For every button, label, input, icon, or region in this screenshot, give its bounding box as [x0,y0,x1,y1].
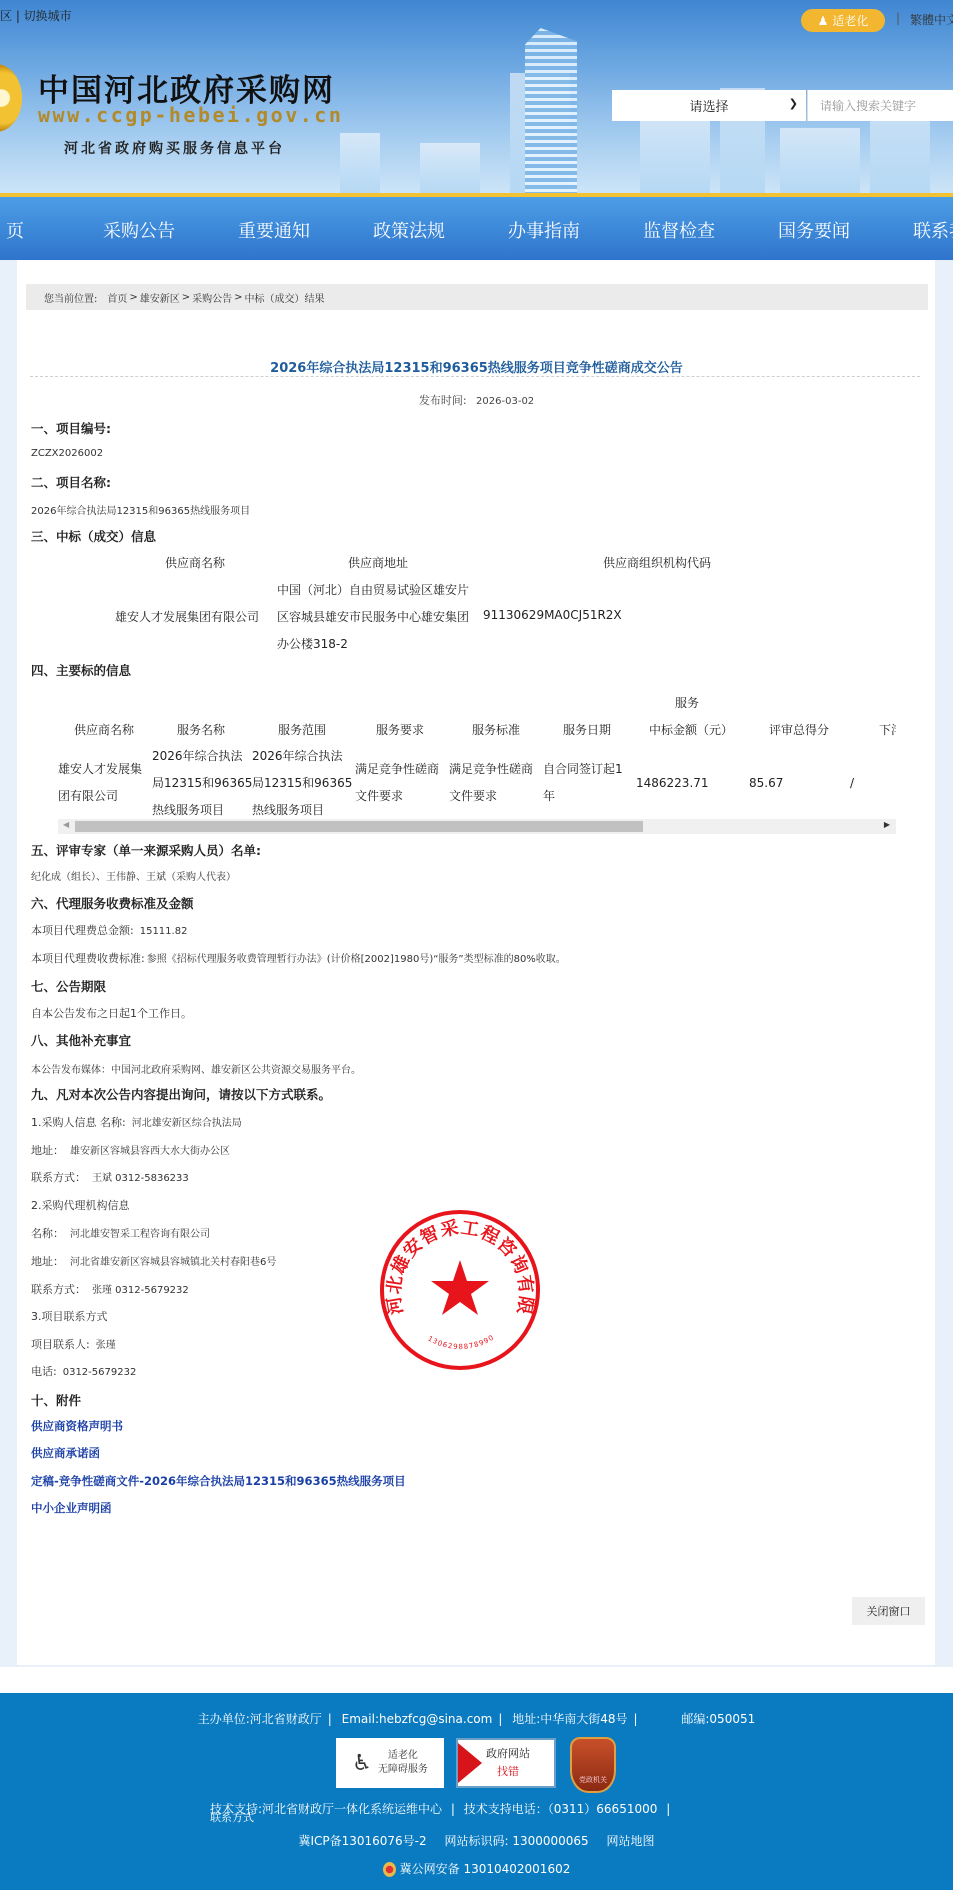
section-8-heading: 八、其他补充事宜 [31,1031,131,1049]
buyer-address-line: 地址：雄安新区容城县容西大水大街办公区 [31,1142,230,1158]
elder-mode-label: 适老化 [832,12,868,29]
section-10-heading: 十、附件 [31,1391,81,1409]
section-3-heading: 三、中标（成交）信息 [31,527,156,545]
breadcrumb-result[interactable]: 中标（成交）结果 [245,290,325,305]
city-skyline [640,118,710,193]
publish-date: 2026-03-02 [476,396,534,407]
agency-name: 河北雄安智采工程咨询有限公司 [70,1229,210,1240]
footer-info-line: 主办单位:河北省财政厅| Email:hebzfcg@sina.com| 地址:… [0,1710,953,1727]
traditional-chinese-link[interactable]: 繁體中文 [910,11,953,28]
scroll-right-arrow-icon[interactable]: ▶ [884,820,890,829]
star-icon [431,1260,489,1315]
nav-item-policies[interactable]: 政策法规 [373,217,445,243]
project-number: ZCZX2026002 [31,448,103,459]
nav-item-important-notice[interactable]: 重要通知 [238,217,310,243]
cell-amount: 1486223.71 [636,770,709,797]
site-header: 区 | 切换城市 中国河北政府采购网 www.ccgp-hebei.gov.cn… [0,0,953,197]
buyer-contact: 王斌 0312-5836233 [92,1173,189,1184]
winner-col-name: 供应商名称 [165,554,225,571]
project-contact-person: 张瑾 [96,1340,116,1351]
footer-email[interactable]: Email:hebzfcg@sina.com [342,1712,493,1726]
agency-fee-standard: 本项目代理费收费标准:参照《招标代理服务收费管理暂行办法》(计价格[2002]1… [31,950,566,966]
cell-service-req: 文件要求 [355,783,403,810]
cell-supplier: 团有限公司 [58,783,118,810]
cell-supplier: 雄安人才发展集 [58,756,142,783]
buyer-contact-line: 联系方式：王斌 0312-5836233 [31,1169,189,1185]
cell-service-scope: 局12315和96365 [252,770,352,797]
section-9-heading: 九、凡对本次公告内容提出询问，请按以下方式联系。 [31,1085,331,1103]
col-service-req: 服务要求 [376,717,424,744]
notice-period: 自本公告发布之日起1个工作日。 [31,1005,192,1021]
winner-code: 91130629MA0CJ51R2X [483,608,622,622]
cell-service-name: 2026年综合执法 [152,743,243,770]
report-error-text: 政府网站 找错 [486,1745,530,1781]
search-input[interactable] [807,90,953,121]
agency-fee-standard-label: 本项目代理费收费标准: [31,952,145,965]
badge-error-line1: 政府网站 [486,1747,530,1760]
agency-contact: 张瑾 0312-5679232 [92,1285,189,1296]
project-contact-phone: 0312-5679232 [63,1367,137,1378]
buyer-address-label: 地址： [31,1144,64,1157]
section-6-heading: 六、代理服务收费标准及金额 [31,894,194,912]
main-nav: 页 采购公告 重要通知 政策法规 办事指南 监督检查 国务要闻 联系我们 [0,197,953,260]
city-skyline [780,128,860,193]
col-discount: 下浮率 [879,717,896,744]
section-1-heading: 一、项目编号: [31,419,111,437]
agency-contact-label: 联系方式： [31,1283,86,1296]
agency-fee-total-value: 15111.82 [140,926,188,937]
badge-elder-line2: 无障碍服务 [378,1764,428,1775]
winner-col-address: 供应商地址 [348,554,408,571]
breadcrumb-separator: > [182,292,190,303]
breadcrumb-home[interactable]: 首页 [107,290,127,305]
col-service-std: 服务标准 [472,717,520,744]
close-window-button[interactable]: 关闭窗口 [852,1597,925,1625]
city-skyline [420,143,480,193]
nav-item-supervision[interactable]: 监督检查 [643,217,715,243]
col-amount: 中标金额（元） [649,717,733,744]
cell-service-scope: 2026年综合执法 [252,743,343,770]
cell-score: 85.67 [749,770,783,797]
accessibility-badge-text: 适老化 无障碍服务 [378,1749,428,1777]
tower-illustration [525,28,577,193]
party-badge-text: 党政机关 [579,1775,607,1785]
agency-address-label: 地址： [31,1255,64,1268]
winner-address-line: 中国（河北）自由贸易试验区雄安片 [277,581,469,598]
agency-address: 河北省雄安新区容城县容城镇北关村春阳巷6号 [70,1257,276,1268]
attachment-link[interactable]: 中小企业声明函 [31,1500,112,1516]
cell-service-date: 自合同签订起1 [543,756,623,783]
footer-tech-line: 技术支持:河北省财政厅一体化系统运维中心 | 技术支持电话：（0311）6665… [210,1800,670,1817]
elder-mode-button[interactable]: ♟ 适老化 [801,9,885,32]
buyer-name-line: 1.采购人信息 名称:河北雄安新区综合执法局 [31,1114,242,1130]
agency-fee-total: 本项目代理费总金额:15111.82 [31,922,187,938]
project-contact-person-label: 项目联系人: [31,1338,90,1351]
project-contact-phone-label: 电话: [31,1365,57,1378]
section-2-heading: 二、项目名称: [31,473,111,491]
col-service-date: 服务日期 [563,717,611,744]
nav-item-home[interactable]: 页 [6,217,24,243]
cell-service-std: 文件要求 [449,783,497,810]
service-group-header: 服务 [675,690,699,717]
section-7-heading: 七、公告期限 [31,977,106,995]
project-name: 2026年综合执法局12315和96365热线服务项目 [31,502,250,517]
project-contact-person-line: 项目联系人:张瑾 [31,1336,116,1352]
footer-site-code: 网站标识码: 1300000065 [444,1834,588,1848]
footer-postcode: 邮编:050051 [681,1712,755,1726]
footer-sponsor: 主办单位:河北省财政厅 [198,1712,322,1726]
cell-discount: / [850,770,854,797]
attachment-link[interactable]: 供应商资格声明书 [31,1418,123,1434]
winner-address-line: 办公楼318-2 [277,635,348,652]
scroll-left-arrow-icon[interactable]: ◀ [63,820,69,829]
items-table: 服务 供应商名称 服务名称 服务范围 服务要求 服务标准 服务日期 中标金额（元… [58,690,896,835]
site-logo-icon [0,64,22,132]
breadcrumb-xiongan[interactable]: 雄安新区 [140,290,180,305]
nav-item-state-news[interactable]: 国务要闻 [778,217,850,243]
project-contact-heading: 3.项目联系方式 [31,1308,108,1324]
col-supplier: 供应商名称 [74,717,134,744]
search-category-value: 请选择 [689,96,728,115]
police-emblem-icon [383,1862,396,1877]
city-skyline [340,133,380,193]
accessibility-badge[interactable]: ♿ 适老化 无障碍服务 [336,1738,444,1788]
footer-icp[interactable]: 冀ICP备13016076号-2 [298,1834,426,1848]
badge-elder-line1: 适老化 [388,1750,418,1761]
table-horizontal-scrollbar[interactable]: ◀ ▶ [58,819,896,834]
buyer-address: 雄安新区容城县容西大水大街办公区 [70,1146,230,1157]
title-divider [30,376,920,377]
breadcrumb-separator: > [129,292,137,303]
seal-number: 1306298878990 [426,1333,495,1351]
footer-police-line: 冀公网安备 13010402001602 [0,1860,953,1877]
col-service-name: 服务名称 [177,717,225,744]
project-contact-phone-line: 电话:0312-5679232 [31,1363,136,1379]
page-title: 2026年综合执法局12315和96365热线服务项目竞争性磋商成交公告 [0,357,953,376]
winner-col-code: 供应商组织机构代码 [603,554,711,571]
agency-address-line: 地址：河北省雄安新区容城县容城镇北关村春阳巷6号 [31,1253,276,1269]
site-subtitle: 河北省政府购买服务信息平台 [64,138,285,158]
cell-service-name: 局12315和96365 [152,770,252,797]
breadcrumb: 您当前位置: 首页 > 雄安新区 > 采购公告 > 中标（成交）结果 [26,284,928,310]
section-4-heading: 四、主要标的信息 [31,661,131,679]
winner-address-line: 区容城县雄安市民服务中心雄安集团 [277,608,469,625]
search-category-select[interactable]: 请选择 ❯ [612,90,806,121]
agency-contact-line: 联系方式：张瑾 0312-5679232 [31,1281,189,1297]
agency-name-label: 名称： [31,1227,64,1240]
footer-police-record[interactable]: 冀公网安备 13010402001602 [400,1862,571,1876]
buyer-name: 河北雄安新区综合执法局 [132,1118,242,1129]
publish-media: 本公告发布媒体：中国河北政府采购网、雄安新区公共资源交易服务平台。 [31,1061,361,1076]
publish-label: 发布时间: [419,394,467,407]
footer-contact-link[interactable]: 联系方式 [210,1809,254,1825]
buyer-contact-label: 联系方式： [31,1171,86,1184]
footer-sitemap-link[interactable]: 网站地图 [607,1834,655,1848]
badge-error-line2: 找错 [497,1765,519,1778]
nav-item-procurement-notice[interactable]: 采购公告 [103,217,175,243]
winner-name: 雄安人才发展集团有限公司 [115,608,259,625]
cell-service-date: 年 [543,783,555,810]
breadcrumb-separator: > [234,292,242,303]
company-seal: 河北雄安智采工程咨询有限公司 1306298878990 [378,1208,542,1372]
person-icon: ♟ [818,14,829,28]
region-switch-link[interactable]: 区 | 切换城市 [0,7,72,24]
buyer-label: 1.采购人信息 名称: [31,1116,126,1129]
agency-fee-total-label: 本项目代理费总金额: [31,924,134,937]
cell-service-std: 满足竞争性磋商 [449,756,533,783]
magnifier-icon [458,1743,482,1783]
attachment-link[interactable]: 定稿-竞争性磋商文件-2026年综合执法局12315和96365热线服务项目 [31,1473,406,1489]
col-score: 评审总得分 [769,717,829,744]
cell-service-req: 满足竞争性磋商 [355,756,439,783]
party-government-badge[interactable]: 党政机关 [570,1737,616,1793]
wheelchair-icon: ♿ [352,1751,372,1776]
agency-name-line: 名称：河北雄安智采工程咨询有限公司 [31,1225,210,1241]
footer-tech-phone: 技术支持电话：（0311）66651000 [464,1802,658,1816]
agency-heading: 2.采购代理机构信息 [31,1197,130,1213]
publish-time: 发布时间: 2026-03-02 [0,392,953,408]
breadcrumb-label: 您当前位置: [44,290,97,305]
section-5-heading: 五、评审专家（单一来源采购人员）名单: [31,841,261,859]
nav-item-guide[interactable]: 办事指南 [508,217,580,243]
site-url: www.ccgp-hebei.gov.cn [38,103,343,127]
report-error-badge[interactable]: 政府网站 找错 [456,1738,556,1788]
breadcrumb-procurement[interactable]: 采购公告 [192,290,232,305]
footer-icp-line: 冀ICP备13016076号-2 网站标识码: 1300000065 网站地图 [0,1832,953,1849]
scrollbar-thumb[interactable] [75,821,643,832]
agency-fee-standard-value: 参照《招标代理服务收费管理暂行办法》(计价格[2002]1980号)“服务”类型… [147,954,566,965]
col-service-scope: 服务范围 [278,717,326,744]
site-footer: 主办单位:河北省财政厅| Email:hebzfcg@sina.com| 地址:… [0,1693,953,1890]
divider: | [896,11,900,25]
nav-item-contact[interactable]: 联系我们 [913,217,953,243]
experts-list: 纪化成（组长）、王伟静、王斌（采购人代表） [31,868,236,883]
chevron-down-icon: ❯ [789,97,798,110]
footer-address: 地址:中华南大街48号 [512,1712,627,1726]
attachment-link[interactable]: 供应商承诺函 [31,1445,100,1461]
svg-text:1306298878990: 1306298878990 [426,1333,495,1351]
